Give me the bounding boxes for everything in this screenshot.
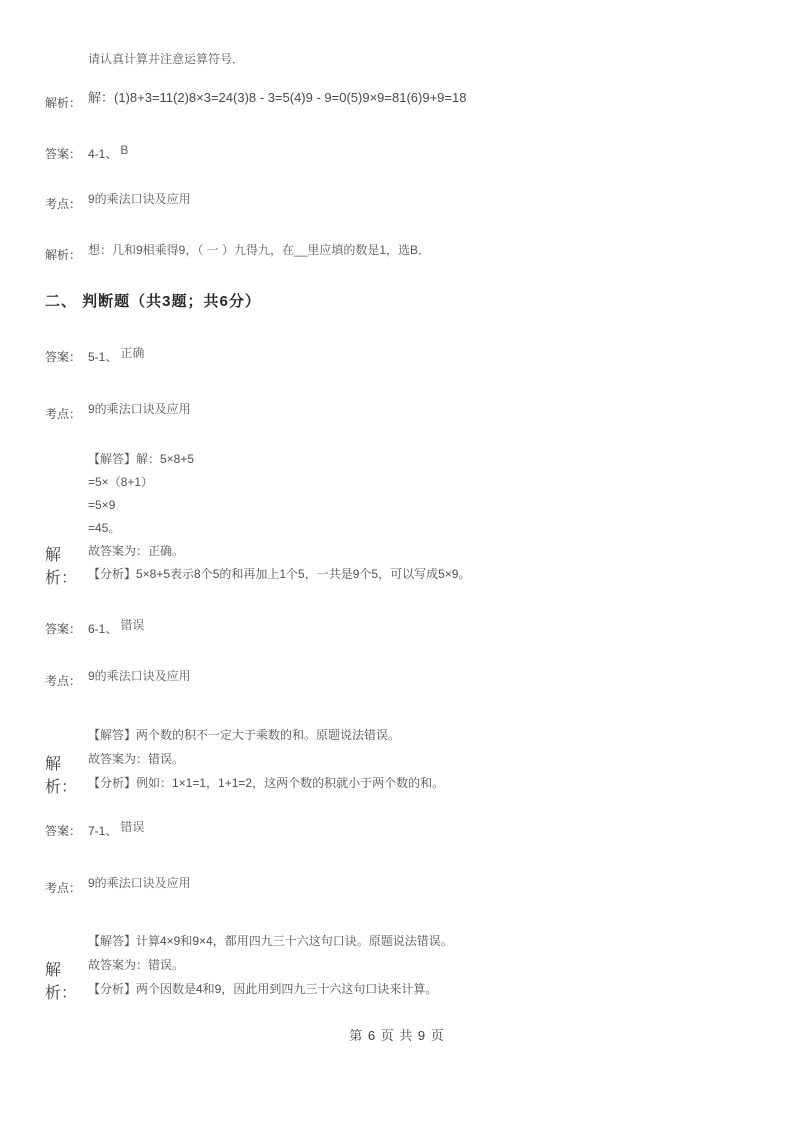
solution-block-q6: 解析： 【解答】两个数的积不一定大于乘数的和。原题说法错误。 故答案为：错误。 … <box>45 723 444 795</box>
answer-row-q6: 答案：6-1、错误 <box>45 621 144 637</box>
solution-line: 【解答】计算4×9和9×4，都用四九三十六这句口诀。原题说法错误。 <box>88 929 453 953</box>
topic-label: 考点： <box>45 196 88 212</box>
answer-label: 答案： <box>45 349 88 365</box>
topic-row-q4: 考点：9的乘法口诀及应用 <box>45 196 191 212</box>
solution-line: 【解答】解：5×8+5 <box>88 448 470 471</box>
analysis-label: 解析： <box>45 751 88 797</box>
page-number: 第 6 页 共 9 页 <box>0 1025 794 1044</box>
analysis-row-q4b: 解析：想：几和9相乘得9，（ 一 ）九得九，在__里应填的数是1，选B． <box>45 247 430 263</box>
topic-content: 9的乘法口诀及应用 <box>88 191 191 207</box>
analysis-line: 【分析】5×8+5表示8个5的和再加上1个5，一共是9个5，可以写成5×9。 <box>88 563 470 586</box>
topic-label: 考点： <box>45 673 88 689</box>
solution-line: 故答案为：错误。 <box>88 953 453 977</box>
analysis-content: 解：(1)8+3=11(2)8×3=24(3)8 - 3=5(4)9 - 9=0… <box>88 90 466 106</box>
analysis-line: 【分析】两个因数是4和9，因此用到四九三十六这句口诀来计算。 <box>88 977 453 1001</box>
instruction-text: 请认真计算并注意运算符号． <box>88 50 244 67</box>
answer-value: 错误 <box>120 819 144 835</box>
topic-label: 考点： <box>45 406 88 422</box>
answer-label: 答案： <box>45 621 88 637</box>
answer-row-q7: 答案：7-1、错误 <box>45 823 144 839</box>
topic-row-q7: 考点：9的乘法口诀及应用 <box>45 880 191 896</box>
answer-row-q4: 答案：4-1、B <box>45 146 128 162</box>
answer-number: 7-1、 <box>88 824 117 838</box>
analysis-line: 【分析】例如：1×1=1，1+1=2，这两个数的积就小于两个数的和。 <box>88 771 444 795</box>
analysis-label: 解析： <box>45 95 88 111</box>
topic-content: 9的乘法口诀及应用 <box>88 401 191 417</box>
topic-label: 考点： <box>45 880 88 896</box>
answer-value: 正确 <box>120 345 144 361</box>
document-page: 请认真计算并注意运算符号． 解析：解：(1)8+3=11(2)8×3=24(3)… <box>0 0 794 1123</box>
answer-number: 6-1、 <box>88 622 117 636</box>
solution-block-q7: 解析： 【解答】计算4×9和9×4，都用四九三十六这句口诀。原题说法错误。 故答… <box>45 929 453 1001</box>
topic-row-q6: 考点：9的乘法口诀及应用 <box>45 673 191 689</box>
answer-value: B <box>120 142 128 158</box>
solution-line: =45。 <box>88 517 470 540</box>
solution-line: 【解答】两个数的积不一定大于乘数的和。原题说法错误。 <box>88 723 444 747</box>
analysis-row-q4: 解析：解：(1)8+3=11(2)8×3=24(3)8 - 3=5(4)9 - … <box>45 95 466 111</box>
answer-row-q5: 答案：5-1、正确 <box>45 349 144 365</box>
solution-line: 故答案为：错误。 <box>88 747 444 771</box>
answer-number: 5-1、 <box>88 350 117 364</box>
analysis-label: 解析： <box>45 542 88 588</box>
analysis-label: 解析： <box>45 247 88 263</box>
answer-label: 答案： <box>45 146 88 162</box>
solution-line: 故答案为：正确。 <box>88 540 470 563</box>
topic-content: 9的乘法口诀及应用 <box>88 668 191 684</box>
solution-block-q5: 解析： 【解答】解：5×8+5 =5×（8+1） =5×9 =45。 故答案为：… <box>45 448 470 586</box>
topic-content: 9的乘法口诀及应用 <box>88 875 191 891</box>
analysis-label: 解析： <box>45 957 88 1003</box>
analysis-content: 想：几和9相乘得9，（ 一 ）九得九，在__里应填的数是1，选B． <box>88 242 430 258</box>
solution-line: =5×（8+1） <box>88 471 470 494</box>
topic-row-q5: 考点：9的乘法口诀及应用 <box>45 406 191 422</box>
answer-value: 错误 <box>120 617 144 633</box>
section-header: 二、 判断题（共3题；共6分） <box>45 290 261 311</box>
answer-number: 4-1、 <box>88 147 117 161</box>
answer-label: 答案： <box>45 823 88 839</box>
solution-line: =5×9 <box>88 494 470 517</box>
